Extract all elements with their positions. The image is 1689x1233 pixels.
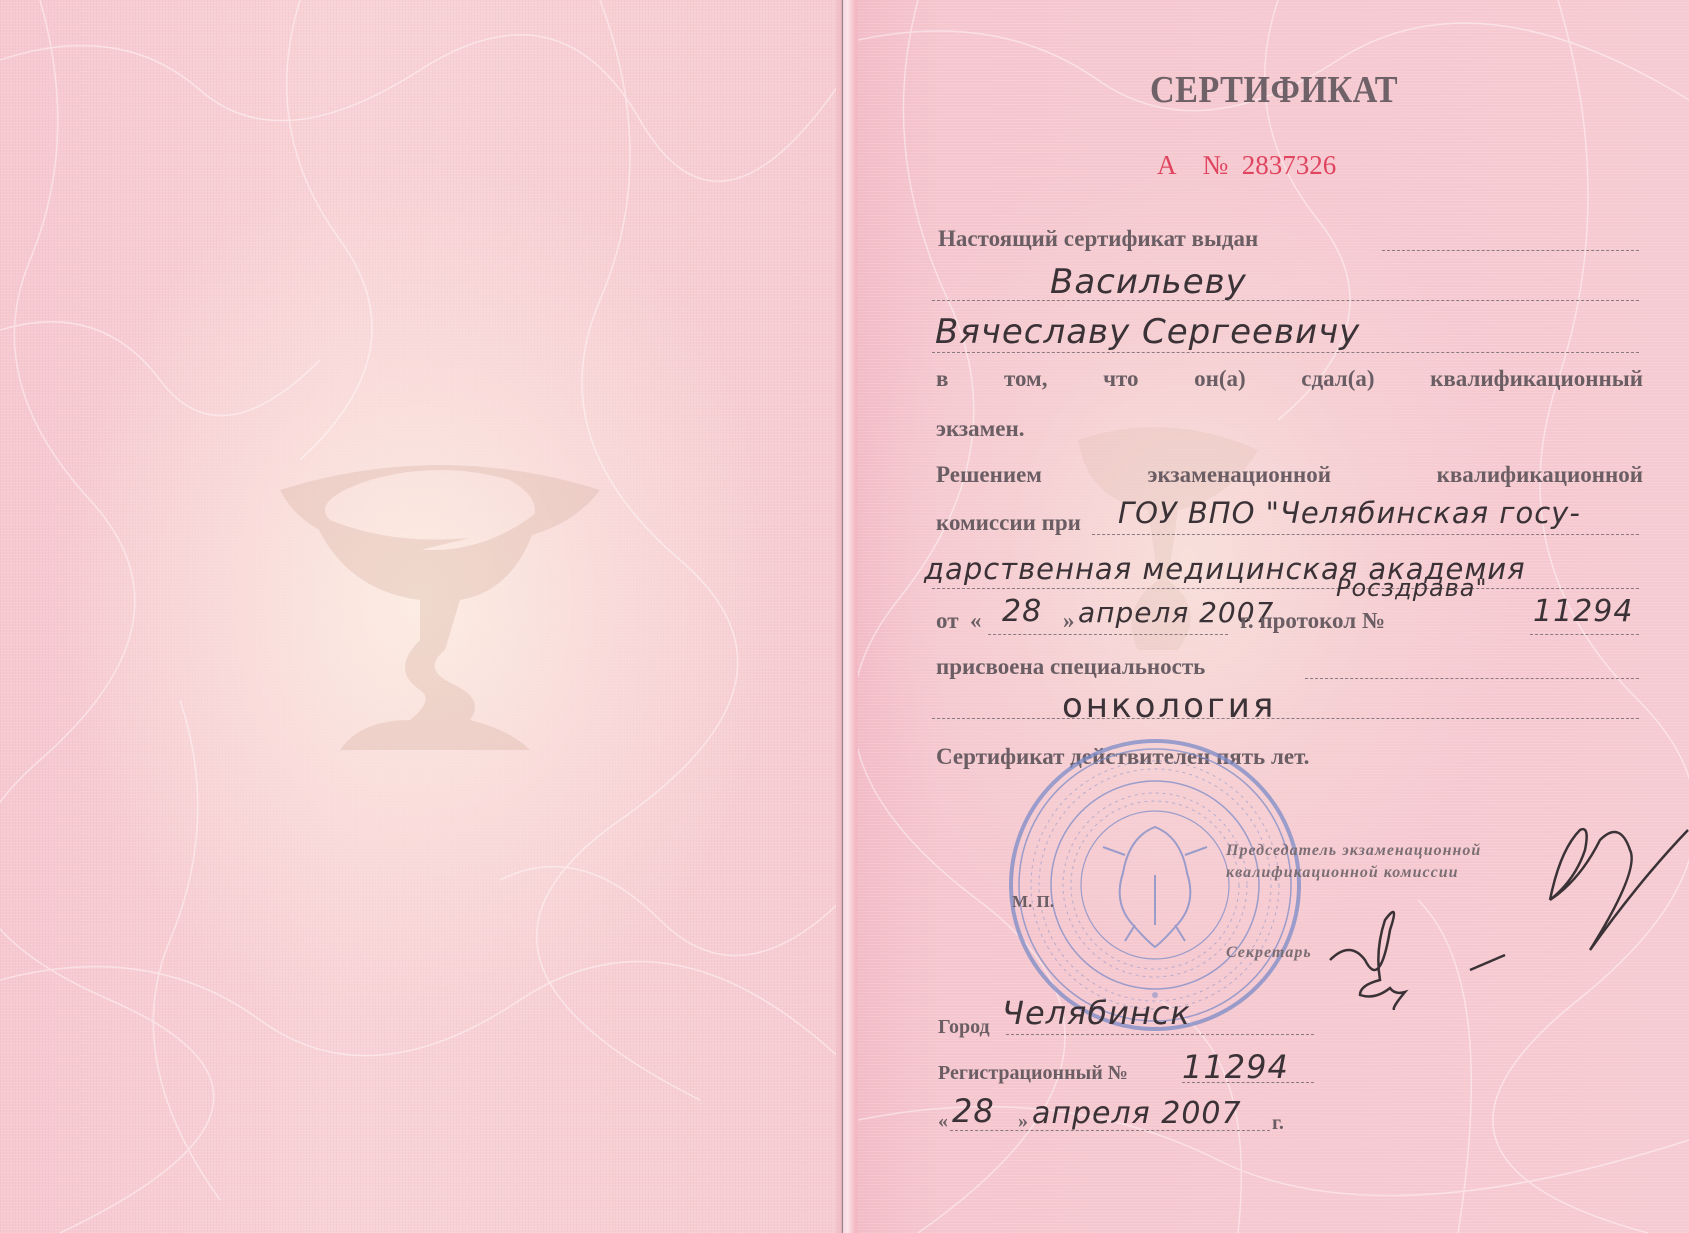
date-prefix: от « [936,608,982,634]
protocol-label: г. протокол № [1240,608,1385,634]
registration-number: 11294 [1182,1048,1289,1086]
underline [1182,1082,1314,1083]
specialty-label: присвоена специальность [936,654,1205,680]
institution-line-1: ГОУ ВПО "Челябинская госу- [1118,496,1581,530]
decision-day: 28 [1002,594,1042,629]
city-value: Челябинск [1002,994,1191,1032]
underline [1382,250,1639,251]
stamp-place-label: М. П. [1012,892,1054,912]
registration-label: Регистрационный № [938,1062,1128,1085]
chairman-label-line-1: Председатель экзаменационной [1226,842,1481,860]
official-stamp-icon [1005,735,1305,1035]
serial-number-sign: № [1203,150,1229,180]
word: квалификационной [1437,462,1643,488]
issue-day: 28 [952,1092,995,1130]
word: том, [1004,366,1047,392]
from-label: от [936,608,959,633]
underline [1305,678,1639,679]
word: в [936,366,948,392]
underline [932,352,1639,353]
word: он(а) [1194,366,1246,392]
underline [932,300,1639,301]
passed-exam-text: в том, что он(а) сдал(а) квалификационны… [936,366,1643,392]
commission-label: комиссии при [936,510,1081,536]
bowl-of-hygieia-icon [270,450,610,760]
secretary-signature-icon [1320,900,1550,1010]
underline [1092,534,1639,535]
decision-text: Решением экзаменационной квалификационно… [936,462,1643,488]
chairman-signature-icon [1530,820,1689,980]
issued-label: Настоящий сертификат выдан [938,226,1258,252]
underline [1006,1034,1314,1035]
recipient-name-patronymic: Вячеславу Сергеевичу [935,312,1360,352]
underline [988,634,1228,635]
word: Решением [936,462,1042,488]
word: квалификационный [1430,366,1643,392]
word: сдал(а) [1301,366,1374,392]
passed-exam-text-end: экзамен. [936,416,1025,442]
underline [932,588,1639,589]
quote: « [938,1110,948,1133]
institution-line-3: Росздрава" [1336,574,1488,602]
certificate-title: СЕРТИФИКАТ [1150,68,1398,112]
word: что [1103,366,1138,392]
certificate-left-page [0,0,842,1233]
recipient-surname: Васильеву [1050,262,1247,302]
issue-year-suffix: г. [1272,1112,1284,1135]
underline [950,1130,1270,1131]
serial-series: А [1157,150,1177,180]
underline [1530,634,1639,635]
protocol-number: 11294 [1533,594,1633,629]
certificate-serial-number: А№ 2837326 [1157,150,1336,181]
serial-number: 2837326 [1242,150,1337,180]
chairman-label-line-2: квалификационной комиссии [1226,864,1459,882]
city-label: Город [938,1016,990,1039]
issue-month-year: апреля 2007 [1032,1096,1242,1131]
quote: » [1063,608,1075,634]
quote: « [970,608,982,633]
underline [932,718,1639,719]
secretary-label: Секретарь [1226,944,1312,962]
word: экзаменационной [1148,462,1332,488]
specialty-value: онкология [1062,686,1276,726]
